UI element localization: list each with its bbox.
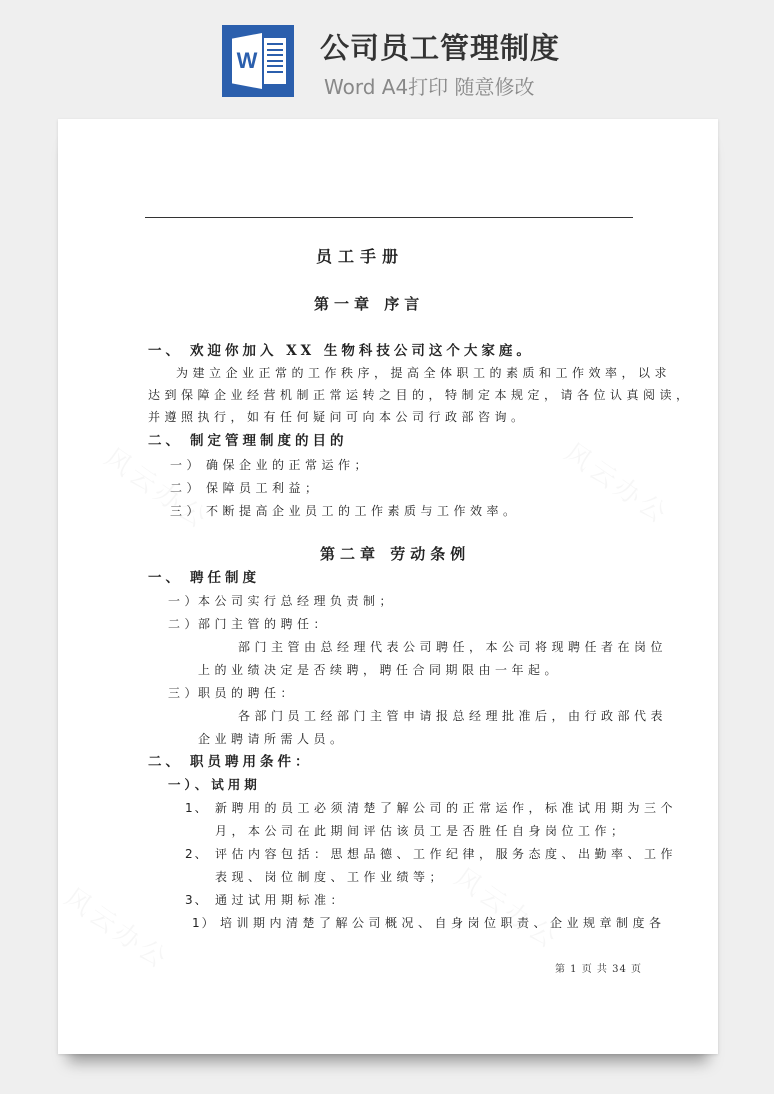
- detail-line: 上的业绩决定是否续聘，聘任合同期限由一年起。: [198, 662, 561, 678]
- list-item: 职员的聘任：: [198, 685, 297, 701]
- paragraph-line: 并遵照执行，如有任何疑问可向本公司行政部咨询。: [148, 409, 528, 425]
- banner-header: W 公司员工管理制度 Word A4打印 随意修改: [0, 0, 774, 110]
- list-item-line: 新聘用的员工必须清楚了解公司的正常运作，标准试用期为三个: [215, 800, 677, 816]
- header-rule: [145, 217, 633, 218]
- list-number: 二）: [168, 616, 201, 632]
- watermark: 风云办公: [558, 433, 678, 532]
- detail-line: 各部门员工经部门主管申请报总经理批准后，由行政部代表: [238, 708, 667, 724]
- banner-subtitle: Word A4打印 随意修改: [324, 71, 535, 100]
- section-title: 欢迎你加入 XX 生物科技公司这个大家庭。: [190, 343, 534, 359]
- watermark: 风云办公: [448, 858, 568, 957]
- list-item: 保障员工利益；: [206, 480, 322, 496]
- page-number-footer: 第 1 页 共 34 页: [555, 960, 642, 975]
- list-number: 二）: [170, 480, 203, 496]
- detail-line: 企业聘请所需人员。: [198, 731, 347, 747]
- list-number: 三）: [170, 503, 203, 519]
- word-letter: W: [234, 50, 260, 72]
- section-title: 制定管理制度的目的: [190, 433, 348, 449]
- detail-line: 部门主管由总经理代表公司聘任，本公司将现聘任者在岗位: [238, 639, 667, 655]
- list-number: 三）: [168, 685, 201, 701]
- list-number: 2、: [185, 846, 209, 862]
- list-item: 本公司实行总经理负责制；: [198, 593, 396, 609]
- banner-title: 公司员工管理制度: [320, 26, 560, 67]
- list-item-line: 月，本公司在此期间评估该员工是否胜任自身岗位工作；: [215, 823, 628, 839]
- list-number: 3、: [185, 892, 209, 908]
- paragraph-line: 为建立企业正常的工作秩序，提高全体职工的素质和工作效率，以求: [176, 365, 671, 381]
- section-title: 聘任制度: [190, 570, 260, 586]
- list-number: 一）: [170, 457, 203, 473]
- list-number: 1、: [185, 800, 209, 816]
- document-page: 风云办公 风云办公 风云办公 风云办公 员工手册 第一章 序言 一、 欢迎你加入…: [58, 119, 718, 1054]
- section-title: 职员聘用条件：: [190, 754, 313, 770]
- section-number: 二、: [148, 754, 183, 770]
- list-number: 一）: [168, 593, 201, 609]
- paragraph-line: 达到保障企业经营机制正常运转之目的，特制定本规定，请各位认真阅读，: [148, 387, 693, 403]
- subsection-title: 一）、试用期: [168, 777, 261, 793]
- list-item: 不断提高企业员工的工作素质与工作效率。: [206, 503, 520, 519]
- list-item-line: 通过试用期标准：: [215, 892, 347, 908]
- section-number: 一、: [148, 570, 183, 586]
- word-icon: W: [222, 25, 294, 97]
- list-item: 确保企业的正常运作；: [206, 457, 371, 473]
- list-item-line: 表现、岗位制度、工作业绩等；: [215, 869, 446, 885]
- chapter-2-title: 第二章 劳动条例: [320, 546, 470, 562]
- watermark: 风云办公: [58, 878, 178, 977]
- list-item-line: 评估内容包括：思想品德、工作纪律，服务态度、出勤率、工作: [215, 846, 677, 862]
- chapter-1-title: 第一章 序言: [314, 296, 424, 312]
- section-number: 一、: [148, 343, 183, 359]
- doc-title: 员工手册: [316, 249, 404, 265]
- list-item-line: 培训期内清楚了解公司概况、自身岗位职责、企业规章制度各: [220, 915, 666, 931]
- list-item: 部门主管的聘任：: [198, 616, 330, 632]
- list-number: 1）: [192, 915, 216, 931]
- section-number: 二、: [148, 433, 183, 449]
